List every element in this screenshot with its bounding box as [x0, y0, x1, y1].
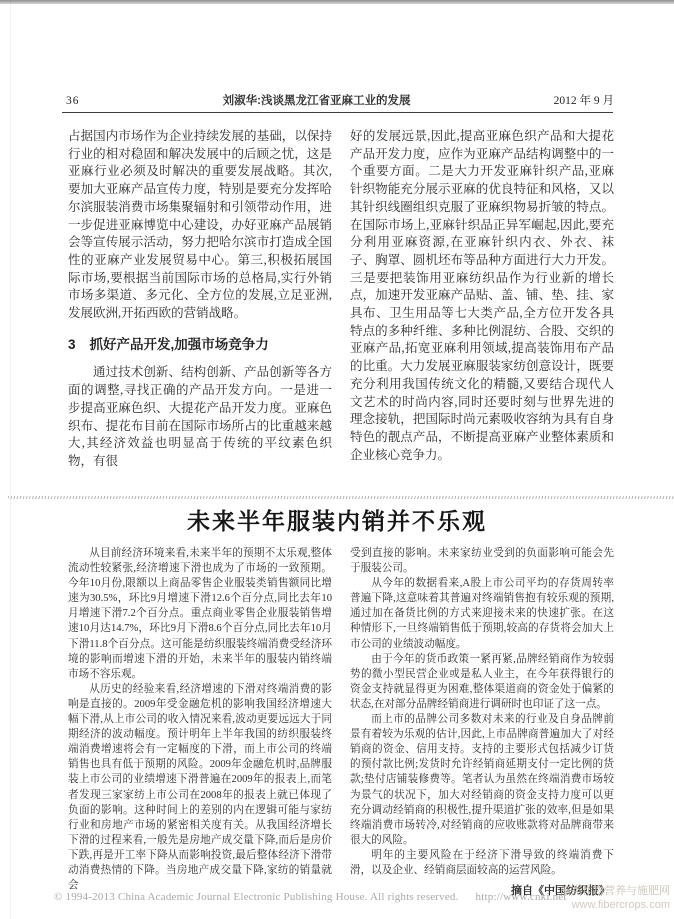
- article2-paragraph: 而上市的品牌公司多数对未来的行业及自身品牌前景有着较为乐观的估计,因此,上市品牌…: [350, 712, 614, 848]
- article1-right-column: 好的发展远景,因此,提高亚麻色织产品和大提花产品开发力度，应作为亚麻产品结构调整…: [350, 128, 614, 471]
- article2-left-column: 从目前经济环境来看,未来半年的预期不太乐观,整体流动性较紧张,经济增速下滑也成为…: [68, 546, 332, 899]
- article1-columns: 占据国内市场作为企业持续发展的基础，以保持行业的相对稳固和解决发展中的后顾之忧，…: [68, 128, 614, 471]
- article2-paragraph: 从历史的经验来看,经济增速的下滑对终端消费的影响是直接的。2009年受金融危机的…: [68, 682, 332, 893]
- journal-page-scan: { "header": { "page_number": "36", "runn…: [0, 0, 674, 919]
- scan-left-edge: [10, 0, 11, 919]
- site-watermark: 麻类作物营养与施肥网 www.fibercrops.com: [520, 884, 670, 912]
- article2-paragraph: 明年的主要风险在于经济下滑导致的终端消费下滑，以及企业、经销商层面较高的运营风险…: [350, 848, 614, 878]
- article2-right-column: 受到直接的影响。未来家纺业受到的负面影响可能会先于服装公司。 从今年的数据看来,…: [350, 546, 614, 899]
- copyright-text: © 1994-2013 China Academic Journal Elect…: [54, 891, 459, 903]
- running-title: 刘淑华:浅谈黑龙江省亚麻工业的发展: [223, 92, 411, 108]
- article2-continuation-paragraph: 受到直接的影响。未来家纺业受到的负面影响可能会先于服装公司。: [350, 546, 614, 576]
- footer-copyright: © 1994-2013 China Academic Journal Elect…: [54, 891, 554, 903]
- article2-columns: 从目前经济环境来看,未来半年的预期不太乐观,整体流动性较紧张,经济增速下滑也成为…: [68, 546, 614, 899]
- page-header: 36 刘淑华:浅谈黑龙江省亚麻工业的发展 2012 年 9 月: [66, 92, 614, 108]
- page-number: 36: [66, 95, 80, 107]
- section-heading-text: 抓好产品开发,加强市场竞争力: [90, 336, 269, 354]
- article-divider: [8, 496, 674, 499]
- scan-top-edge: [0, 0, 674, 4]
- issue-date: 2012 年 9 月: [554, 92, 614, 108]
- watermark-site-name: 麻类作物营养与施肥网: [520, 884, 670, 898]
- header-rule: [62, 112, 613, 113]
- section-heading-number: 3: [68, 336, 76, 354]
- watermark-site-url: www.fibercrops.com: [520, 898, 670, 912]
- article1-paragraph: 好的发展远景,因此,提高亚麻色织产品和大提花产品开发力度，应作为亚麻产品结构调整…: [350, 128, 614, 464]
- article2-paragraph: 从目前经济环境来看,未来半年的预期不太乐观,整体流动性较紧张,经济增速下滑也成为…: [68, 546, 332, 682]
- article2-paragraph: 由于今年的货币政策一紧再紧,品牌经销商作为较弱势的微小型民营企业或是私人业主，在…: [350, 652, 614, 712]
- article1-continuation-paragraph: 占据国内市场作为企业持续发展的基础，以保持行业的相对稳固和解决发展中的后顾之忧，…: [68, 128, 332, 323]
- article1-left-column: 占据国内市场作为企业持续发展的基础，以保持行业的相对稳固和解决发展中的后顾之忧，…: [68, 128, 332, 471]
- article2-paragraph: 从今年的数据看来,A股上市公司平均的存货周转率普遍下降,这意味着其普遍对终端销售…: [350, 576, 614, 651]
- article2-title: 未来半年服装内销并不乐观: [0, 503, 674, 536]
- article1-paragraph: 通过技术创新、结构创新、产品创新等各方面的调整,寻找正确的产品开发方向。一是进一…: [68, 364, 332, 470]
- article1-section-heading: 3 抓好产品开发,加强市场竞争力: [68, 336, 332, 354]
